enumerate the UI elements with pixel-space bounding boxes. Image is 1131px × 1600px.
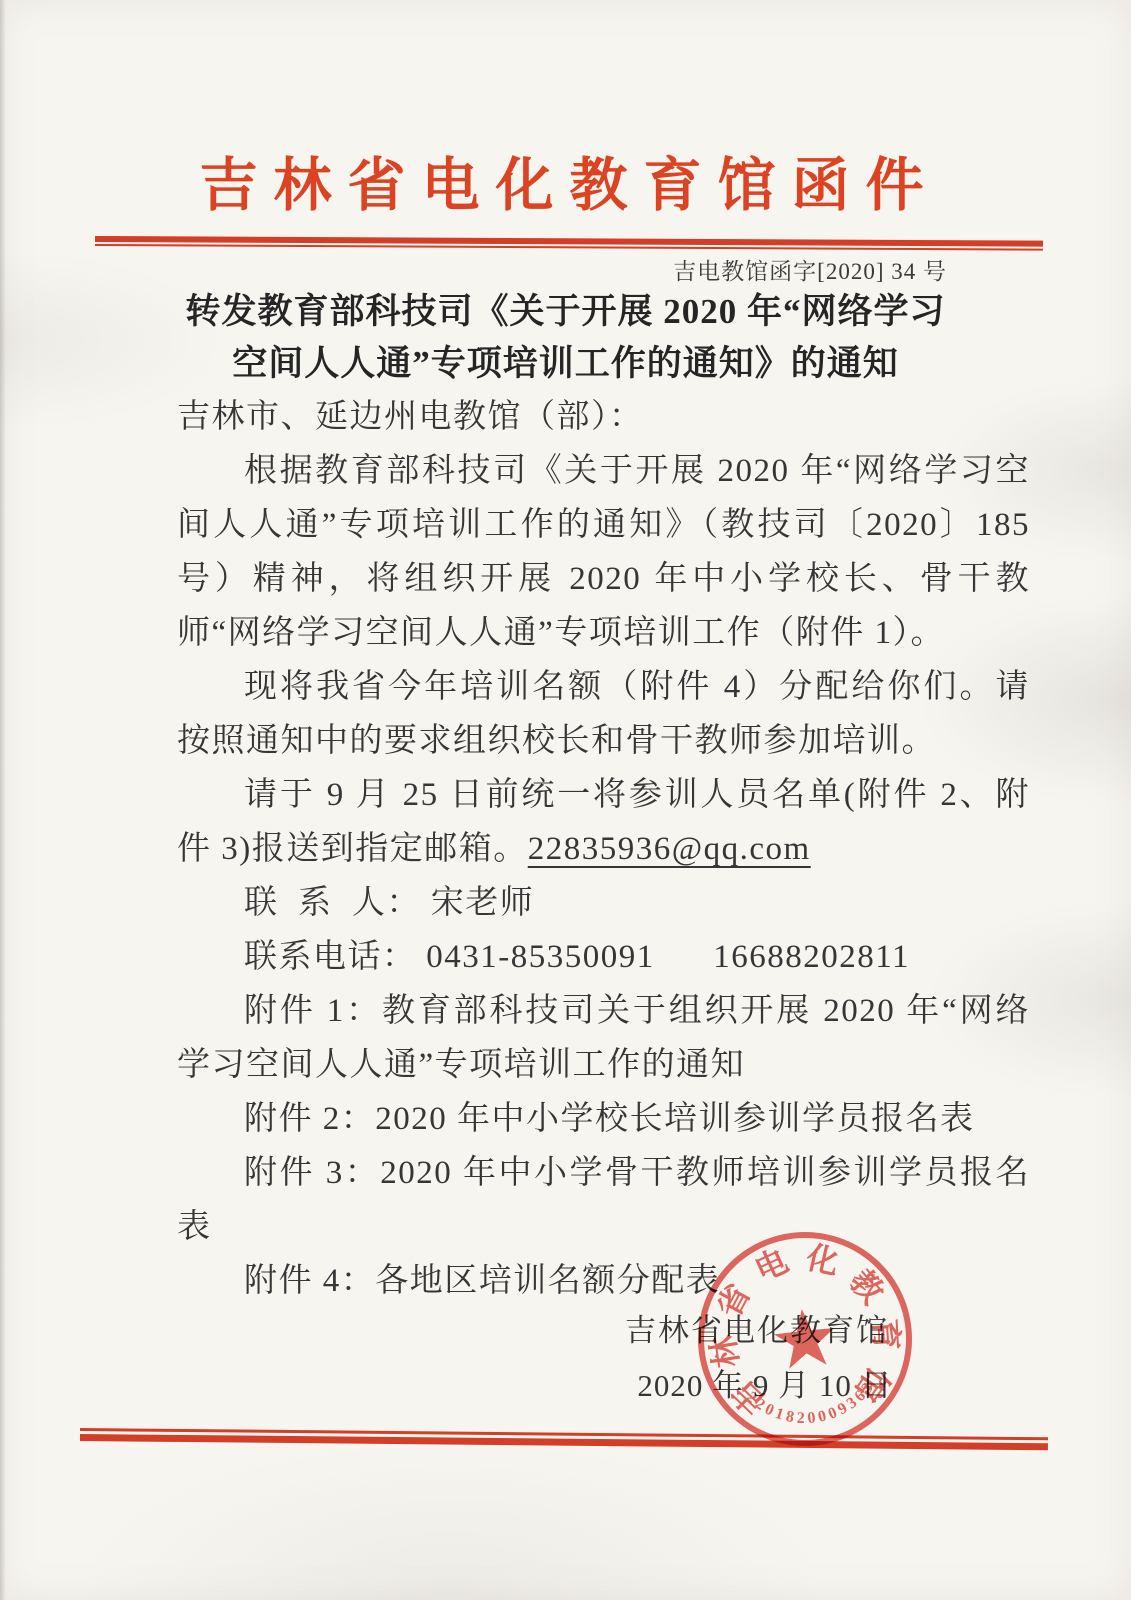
email-address: 22835936@qq.com bbox=[528, 831, 811, 867]
document-number: 吉电教馆函字[2020] 34 号 bbox=[673, 253, 947, 286]
attachment-3: 附件 3：2020 年中小学骨干教师培训参训学员报名表 bbox=[177, 1146, 1030, 1254]
signature-date: 2020 年 9 月 10 日 bbox=[615, 1360, 915, 1405]
bottom-rule bbox=[80, 1428, 1048, 1450]
paragraph-2: 现将我省今年培训名额（附件 4）分配给你们。请按照通知中的要求组织校长和骨干教师… bbox=[177, 660, 1030, 768]
letter-body: 吉林市、延边州电教馆（部）： 根据教育部科技司《关于开展 2020 年“网络学习… bbox=[177, 390, 1030, 1308]
letterhead-title: 吉林省电化教育馆函件 bbox=[0, 138, 1131, 222]
signature-org: 吉林省电化教育馆 bbox=[607, 1305, 907, 1350]
attachment-4: 附件 4：各地区培训名额分配表 bbox=[177, 1254, 1030, 1308]
paragraph-1: 根据教育部科技司《关于开展 2020 年“网络学习空间人人通”专项培训工作的通知… bbox=[177, 444, 1030, 660]
scanned-letter-page: 吉林省电化教育馆函件 吉电教馆函字[2020] 34 号 转发教育部科技司《关于… bbox=[0, 0, 1131, 1600]
paragraph-3: 请于 9 月 25 日前统一将参训人员名单(附件 2、附件 3)报送到指定邮箱。… bbox=[177, 768, 1030, 876]
contact-name-line: 联 系 人： 宋老师 bbox=[177, 876, 1030, 930]
contact-phone-line: 联系电话： 0431-85350091 16688202811 bbox=[177, 930, 1030, 984]
salutation: 吉林市、延边州电教馆（部）： bbox=[177, 390, 1030, 444]
letterhead-rule bbox=[95, 236, 1043, 251]
document-title: 转发教育部科技司《关于开展 2020 年“网络学习 空间人人通”专项培训工作的通… bbox=[120, 286, 1011, 390]
attachment-1: 附件 1：教育部科技司关于组织开展 2020 年“网络学习空间人人通”专项培训工… bbox=[177, 984, 1030, 1092]
document-title-line2: 空间人人通”专项培训工作的通知》的通知 bbox=[120, 338, 1011, 390]
attachment-2: 附件 2：2020 年中小学校长培训参训学员报名表 bbox=[177, 1092, 1030, 1146]
document-title-line1: 转发教育部科技司《关于开展 2020 年“网络学习 bbox=[120, 286, 1011, 338]
